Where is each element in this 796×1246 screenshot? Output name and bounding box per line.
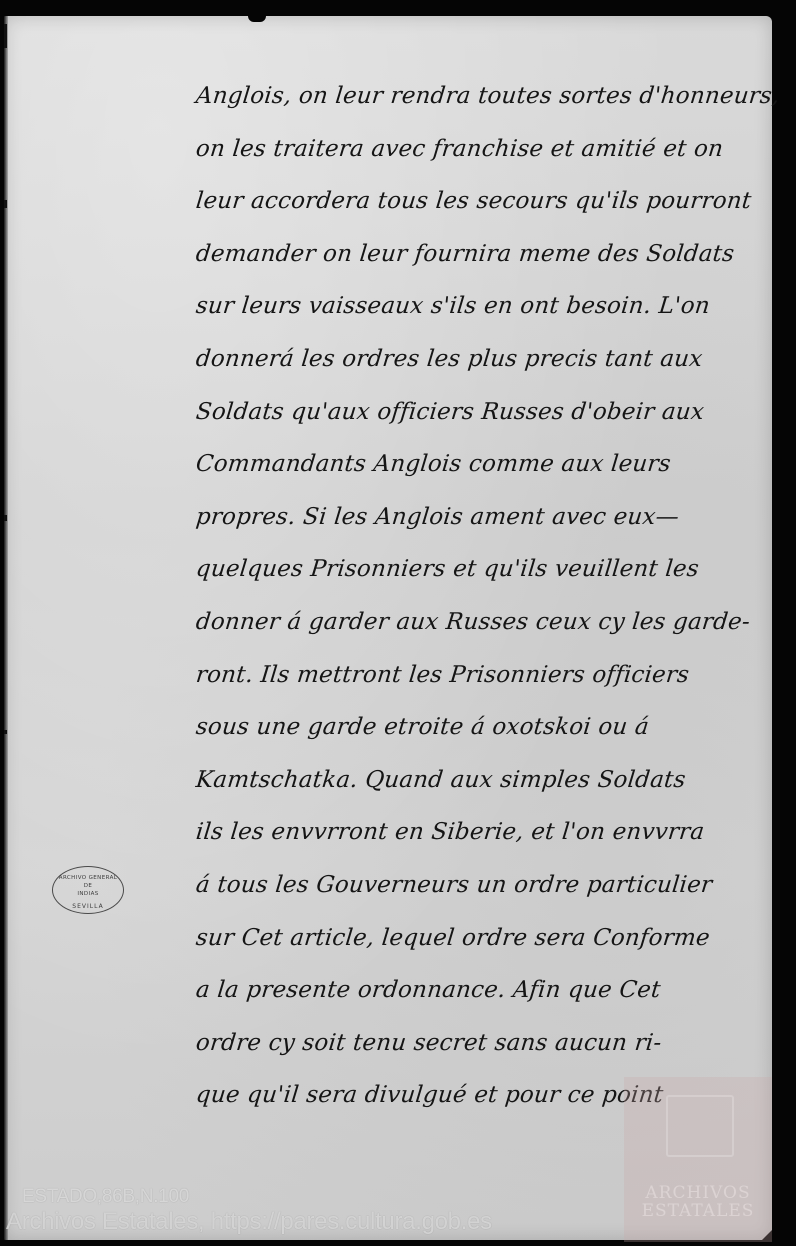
archive-logo-icon [666, 1095, 734, 1157]
logo-text-line-2: ESTATALES [624, 1202, 772, 1220]
scan-frame: Anglois, on leur rendra toutes sortes d'… [0, 0, 796, 1246]
manuscript-line: quelques Prisonniers et qu'ils veuillent… [193, 543, 779, 596]
logo-text: ARCHIVOS ESTATALES [624, 1184, 772, 1220]
manuscript-line: a la presente ordonnance. Afin que Cet [193, 964, 779, 1017]
stamp-city: SEVILLA [53, 903, 123, 911]
archive-stamp: ARCHIVO GENERAL DE INDIAS SEVILLA [52, 866, 124, 914]
manuscript-line: Soldats qu'aux officiers Russes d'obeir … [193, 386, 779, 439]
manuscript-line: demander on leur fournira meme des Solda… [193, 228, 779, 281]
manuscript-line: Anglois, on leur rendra toutes sortes d'… [193, 70, 779, 123]
manuscript-line: Commandants Anglois comme aux leurs [193, 438, 779, 491]
stamp-line-2: DE [53, 882, 123, 890]
manuscript-line: donner á garder aux Russes ceux cy les g… [193, 596, 779, 649]
manuscript-line: ront. Ils mettront les Prisonniers offic… [193, 649, 779, 702]
manuscript-line: ordre cy soit tenu secret sans aucun ri- [193, 1017, 779, 1070]
stamp-line-1: ARCHIVO GENERAL [53, 874, 123, 882]
manuscript-line: propres. Si les Anglois ament avec eux— [193, 491, 779, 544]
manuscript-line: donnerá les ordres les plus precis tant … [193, 333, 779, 386]
source-watermark: Archivos Estatales, https://pares.cultur… [6, 1208, 492, 1236]
manuscript-line: sur Cet article, lequel ordre sera Confo… [193, 912, 779, 965]
reference-watermark: ESTADO,86B,N.100 [22, 1186, 189, 1208]
manuscript-line: on les traitera avec franchise et amitié… [193, 123, 779, 176]
manuscript-line: ils les envvrront en Siberie, et l'on en… [193, 806, 779, 859]
manuscript-line: leur accordera tous les secours qu'ils p… [193, 175, 779, 228]
archivos-estatales-logo: ARCHIVOS ESTATALES [624, 1077, 772, 1242]
manuscript-line: sous une garde etroite á oxotskoi ou á [193, 701, 779, 754]
manuscript-text: Anglois, on leur rendra toutes sortes d'… [196, 70, 776, 1122]
logo-text-line-1: ARCHIVOS [624, 1184, 772, 1202]
manuscript-line: á tous les Gouverneurs un ordre particul… [193, 859, 779, 912]
stamp-line-3: INDIAS [53, 890, 123, 898]
manuscript-line: Kamtschatka. Quand aux simples Soldats [193, 754, 779, 807]
manuscript-line: sur leurs vaisseaux s'ils en ont besoin.… [193, 280, 779, 333]
